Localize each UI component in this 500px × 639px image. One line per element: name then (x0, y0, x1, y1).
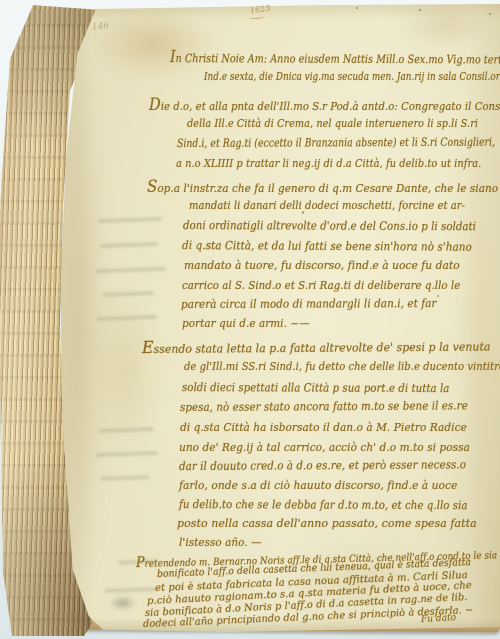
ink-speck (419, 9, 421, 11)
ink-speck (437, 295, 439, 297)
paper-stain (398, 4, 498, 44)
folio-number: 146 (92, 21, 110, 33)
manuscript-photo: 146 1623 In Christi Noie Am: Anno eiusde… (0, 0, 500, 639)
ink-speck (356, 7, 358, 9)
ink-speck (302, 211, 304, 214)
paper-stain (110, 596, 136, 610)
paper-stain (93, 9, 213, 79)
paper-stain (458, 44, 498, 604)
paper-stain (278, 549, 438, 609)
ink-speck (489, 13, 491, 15)
